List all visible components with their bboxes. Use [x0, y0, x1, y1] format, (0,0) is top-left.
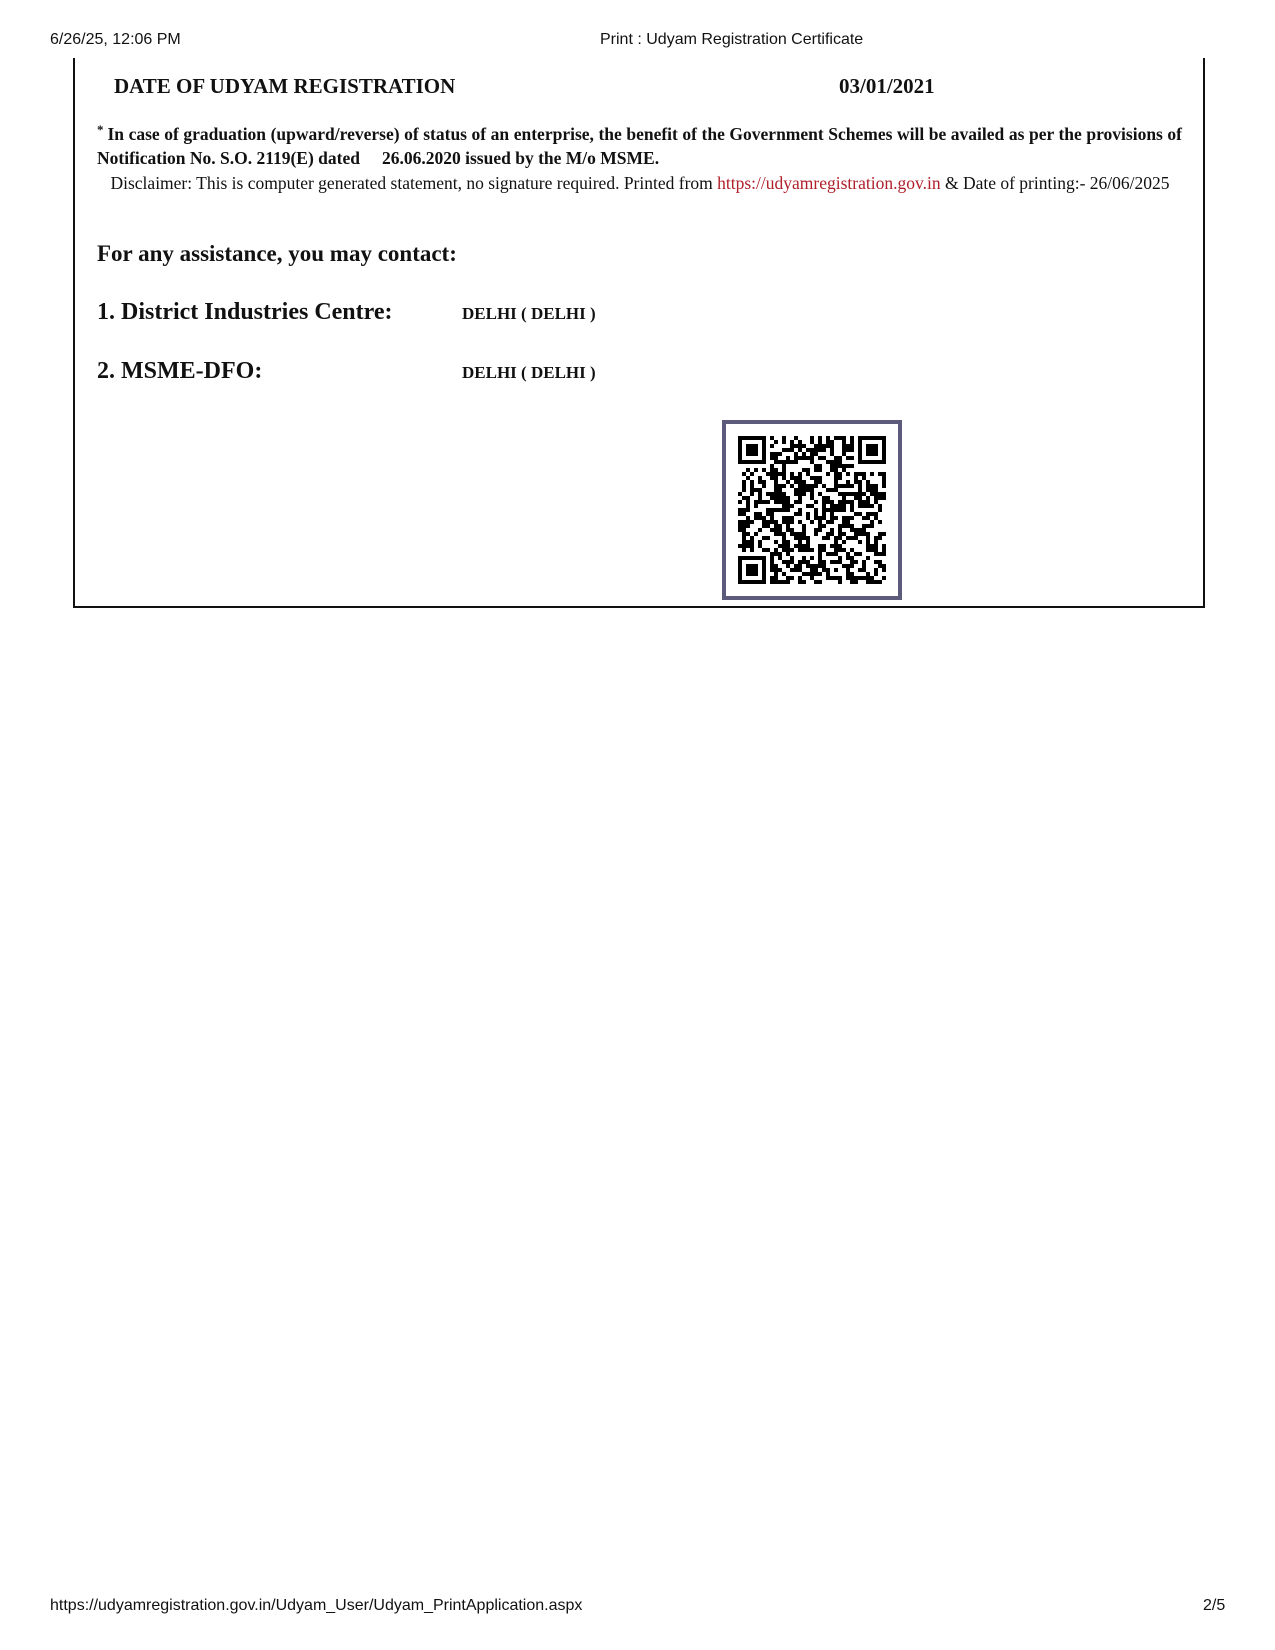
note-text-2: 26.06.2020 issued by the M/o MSME. [382, 148, 659, 168]
registration-date-value: 03/01/2021 [839, 74, 935, 99]
print-url: https://udyamregistration.gov.in/Udyam_U… [50, 1597, 582, 1615]
contact-label: 2. MSME-DFO: [97, 358, 262, 384]
udyam-portal-link[interactable]: https://udyamregistration.gov.in [717, 173, 940, 193]
page-number: 2/5 [1203, 1597, 1225, 1615]
qr-code-frame [722, 420, 902, 600]
contact-value: DELHI ( DELHI ) [462, 363, 596, 383]
contact-district-industries-centre: 1. District Industries Centre: DELHI ( D… [97, 299, 393, 326]
print-datetime: 6/26/25, 12:06 PM [50, 31, 181, 49]
registration-date-label: DATE OF UDYAM REGISTRATION [114, 74, 455, 99]
contact-msme-dfo: 2. MSME-DFO: DELHI ( DELHI ) [97, 358, 262, 385]
disclaimer: Disclaimer: This is computer generated s… [95, 172, 1185, 195]
assistance-heading: For any assistance, you may contact: [97, 241, 457, 267]
contact-value: DELHI ( DELHI ) [462, 304, 596, 324]
qr-code-icon [738, 436, 886, 584]
note-asterisk: * [97, 122, 104, 137]
contact-label: 1. District Industries Centre: [97, 299, 393, 325]
disclaimer-suffix: & Date of printing:- 26/06/2025 [941, 173, 1170, 193]
certificate-panel: DATE OF UDYAM REGISTRATION 03/01/2021 *I… [73, 58, 1205, 608]
disclaimer-prefix: Disclaimer: This is computer generated s… [110, 173, 717, 193]
graduation-note: *In case of graduation (upward/reverse) … [97, 118, 1182, 170]
print-title: Print : Udyam Registration Certificate [600, 31, 863, 49]
